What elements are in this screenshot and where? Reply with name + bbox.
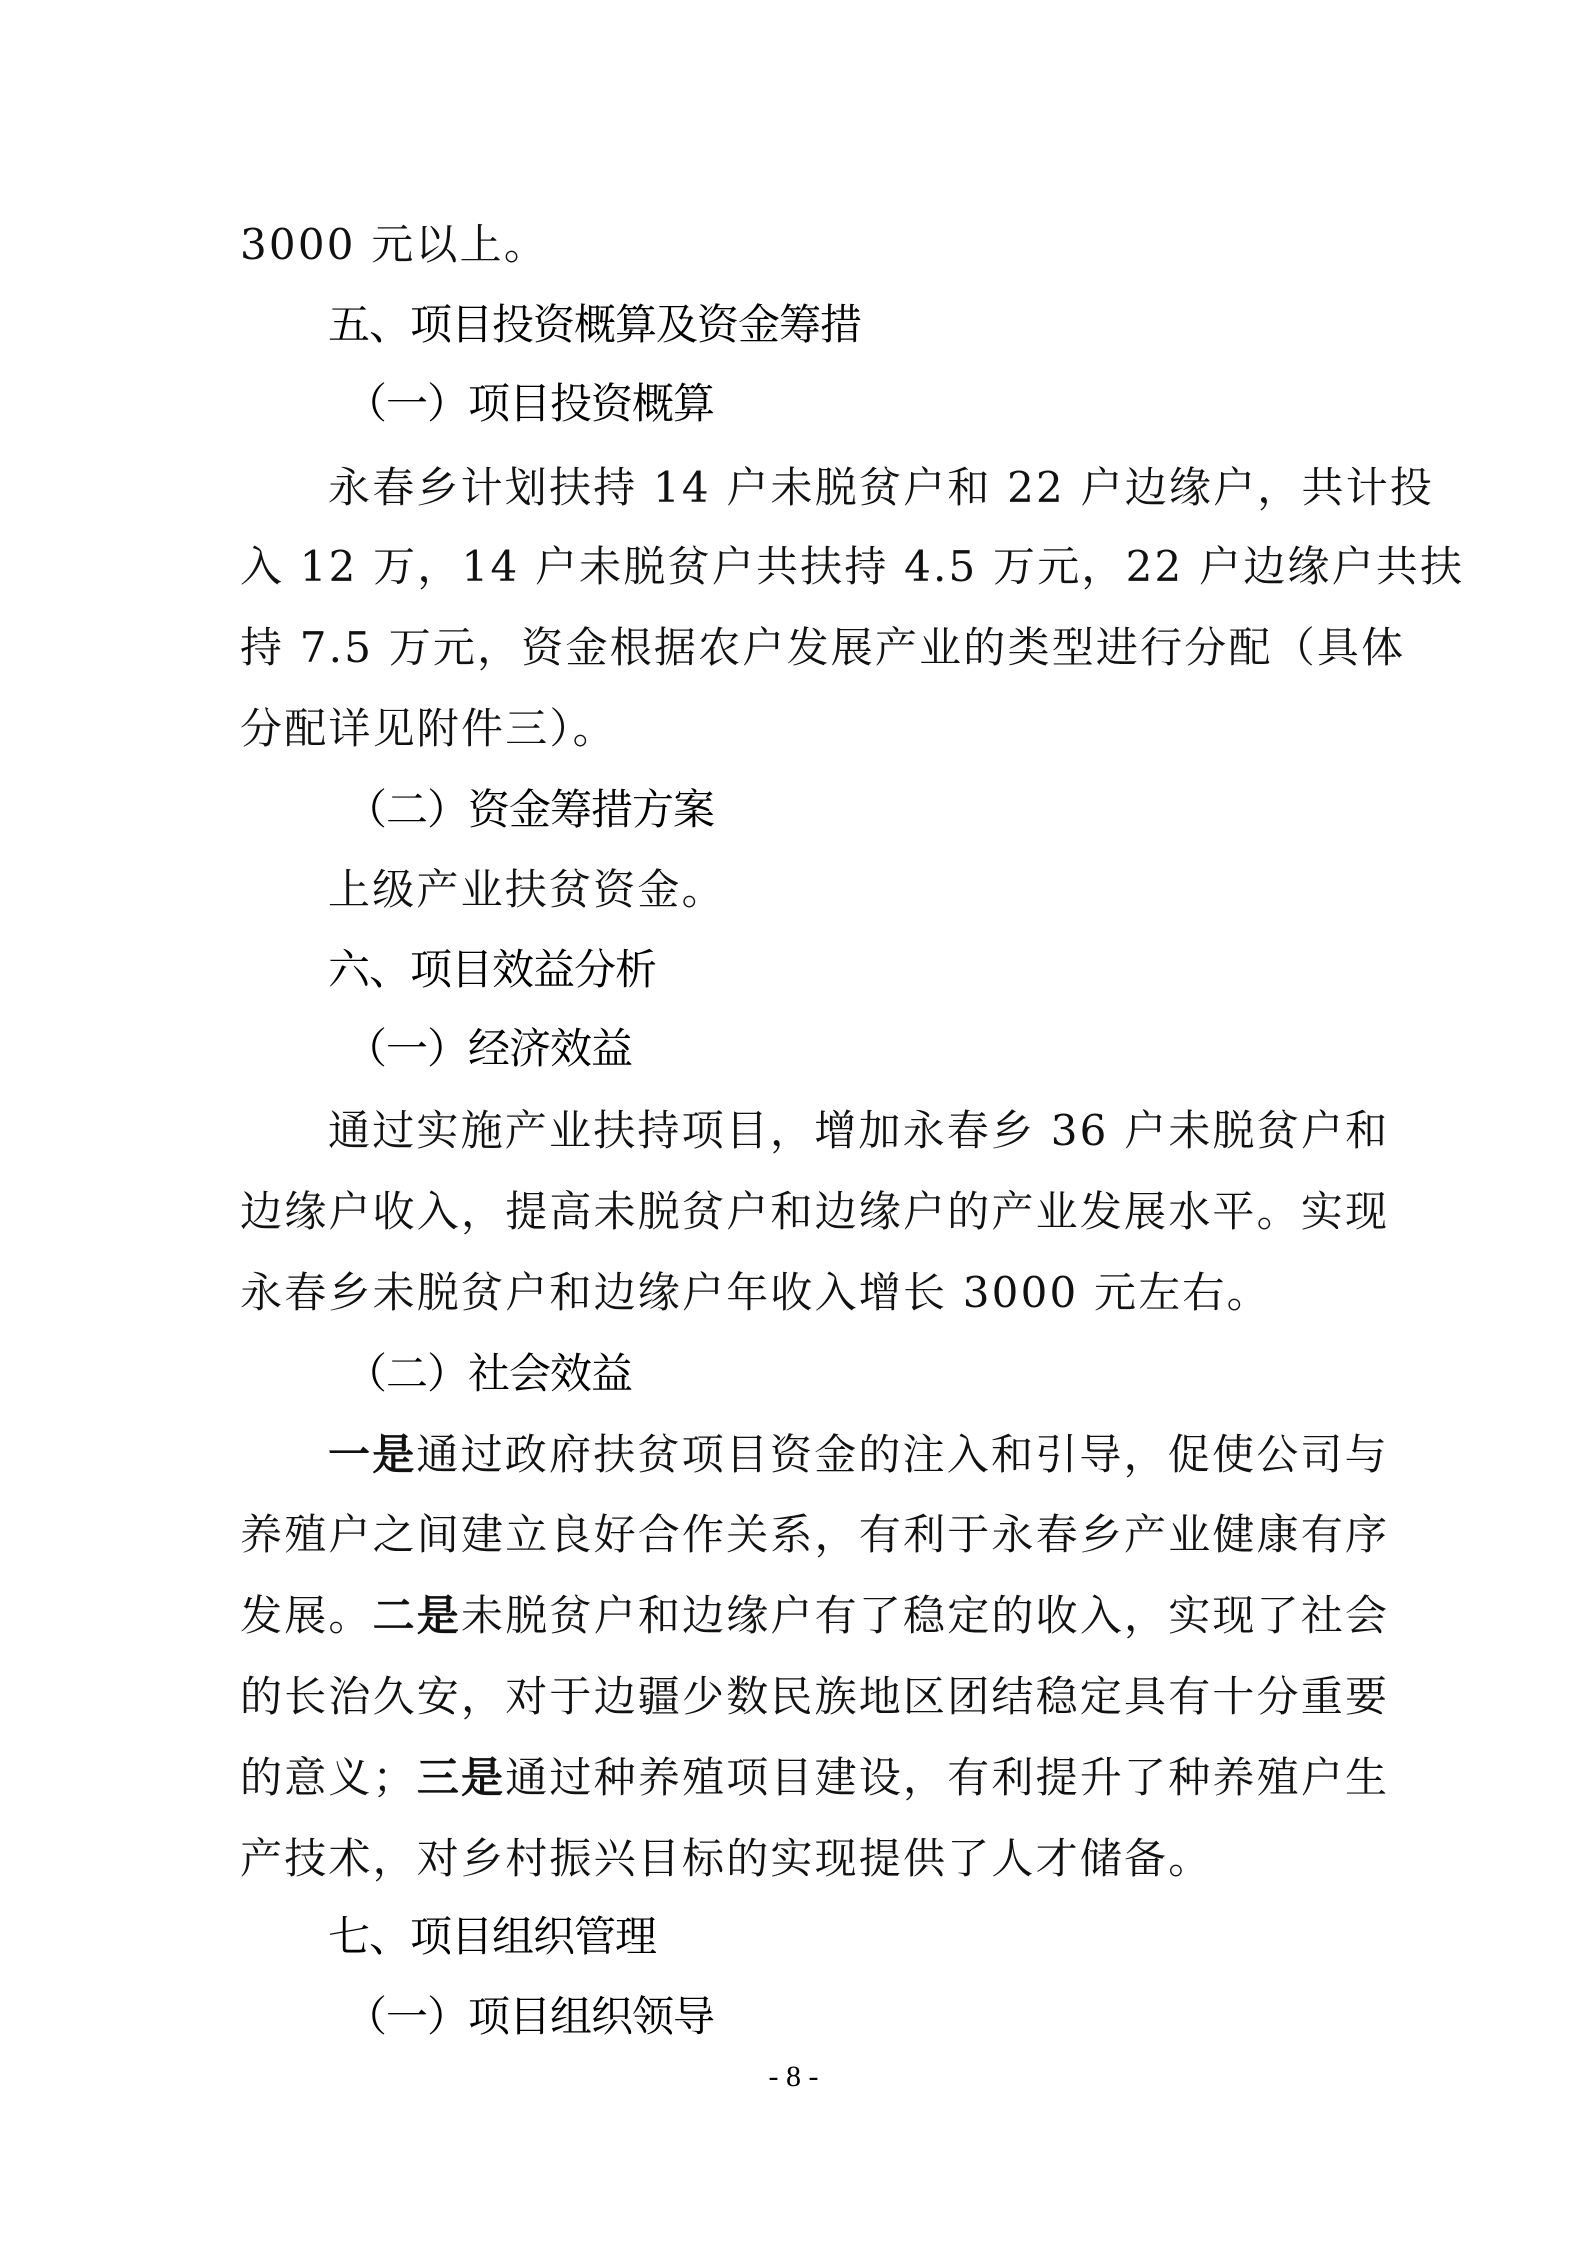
- page-number: - 8 -: [0, 2060, 1587, 2094]
- paragraph-line: 入 12 万，14 户未脱贫户共扶持 4.5 万元，22 户边缘户共扶: [240, 537, 1360, 597]
- subsection-heading-investment-estimate: （一）项目投资概算: [345, 374, 1465, 434]
- paragraph-line: 一是通过政府扶贫项目资金的注入和引导，促使公司与: [328, 1425, 1360, 1485]
- section-heading-7: 七、项目组织管理: [328, 1907, 1448, 1967]
- paragraph-line: 永春乡未脱贫户和边缘户年收入增长 3000 元左右。: [240, 1263, 1360, 1323]
- section-heading-5: 五、项目投资概算及资金筹措: [328, 295, 1448, 355]
- paragraph-line: 通过实施产业扶持项目，增加永春乡 36 户未脱贫户和: [328, 1101, 1360, 1161]
- paragraph-line: 上级产业扶贫资金。: [328, 860, 1360, 920]
- paragraph-line: 分配详见附件三）。: [240, 699, 1360, 759]
- subsection-heading-social-benefit: （二）社会效益: [345, 1344, 1465, 1404]
- subsection-heading-organization-leadership: （一）项目组织领导: [345, 1987, 1465, 2047]
- paragraph-line: 的意义；三是通过种养殖项目建设，有利提升了种养殖户生: [240, 1748, 1360, 1808]
- paragraph-line: 永春乡计划扶持 14 户未脱贫户和 22 户边缘户，共计投: [328, 458, 1360, 518]
- bold-lead: 二是: [373, 1591, 461, 1640]
- paragraph-line: 产技术，对乡村振兴目标的实现提供了人才储备。: [240, 1829, 1360, 1889]
- section-heading-6: 六、项目效益分析: [328, 940, 1448, 1000]
- paragraph-line: 养殖户之间建立良好合作关系，有利于永春乡产业健康有序: [240, 1505, 1360, 1565]
- subsection-heading-funding-plan: （二）资金筹措方案: [345, 780, 1465, 840]
- bold-lead: 一是: [328, 1430, 416, 1479]
- bold-lead: 三是: [417, 1753, 505, 1802]
- paragraph-line: 发展。二是未脱贫户和边缘户有了稳定的收入，实现了社会: [240, 1586, 1360, 1646]
- paragraph-line: 边缘户收入，提高未脱贫户和边缘户的产业发展水平。实现: [240, 1182, 1360, 1242]
- paragraph-line: 的长治久安，对于边疆少数民族地区团结稳定具有十分重要: [240, 1667, 1360, 1727]
- paragraph-continuation: 3000 元以上。: [240, 215, 1360, 275]
- document-page: 3000 元以上。 五、项目投资概算及资金筹措 （一）项目投资概算 永春乡计划扶…: [0, 0, 1587, 2245]
- subsection-heading-economic-benefit: （一）经济效益: [345, 1019, 1465, 1079]
- paragraph-line: 持 7.5 万元，资金根据农户发展产业的类型进行分配（具体: [240, 618, 1360, 678]
